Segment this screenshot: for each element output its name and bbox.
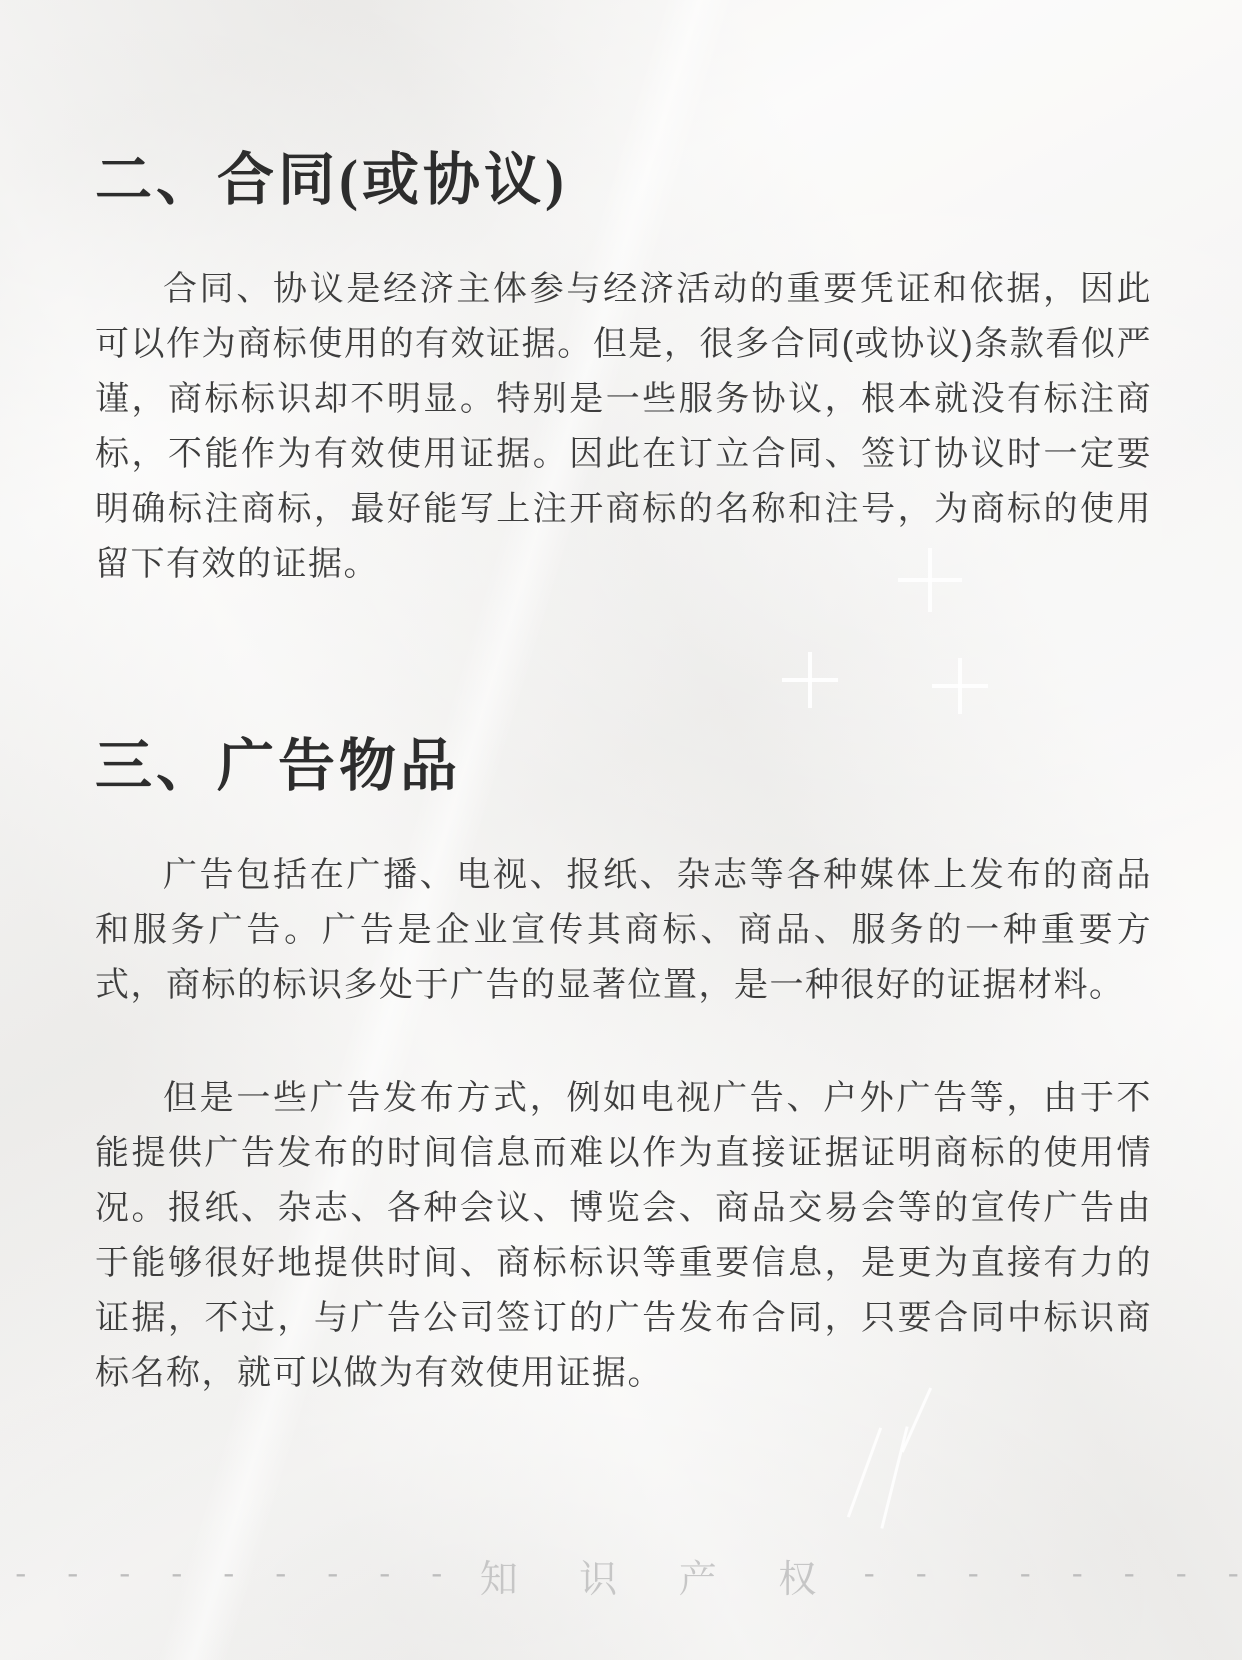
scuff-lines-decoration [845, 1425, 935, 1535]
section-heading-advertising: 三、广告物品 [95, 720, 1152, 802]
document-body: 二、合同(或协议) 合同、协议是经济主体参与经济活动的重要凭证和依据，因此可以作… [95, 0, 1152, 1401]
footer-left-dashes: - - - - - - - - - - [0, 1559, 454, 1593]
paragraph-advertising-1: 广告包括在广播、电视、报纸、杂志等各种媒体上发布的商品和服务广告。广告是企业宣传… [95, 848, 1152, 1013]
footer-label: 知 识 产 权 [480, 1548, 843, 1603]
footer-right-dashes: - - - - - - - - - [860, 1559, 1242, 1593]
paragraph-contract: 合同、协议是经济主体参与经济活动的重要凭证和依据，因此可以作为商标使用的有效证据… [95, 262, 1152, 592]
footer-watermark: - - - - - - - - - - 知 识 产 权 - - - - - - … [0, 1548, 1214, 1603]
section-heading-contract: 二、合同(或协议) [95, 134, 1152, 216]
paragraph-advertising-2: 但是一些广告发布方式，例如电视广告、户外广告等，由于不能提供广告发布的时间信息而… [95, 1071, 1152, 1401]
